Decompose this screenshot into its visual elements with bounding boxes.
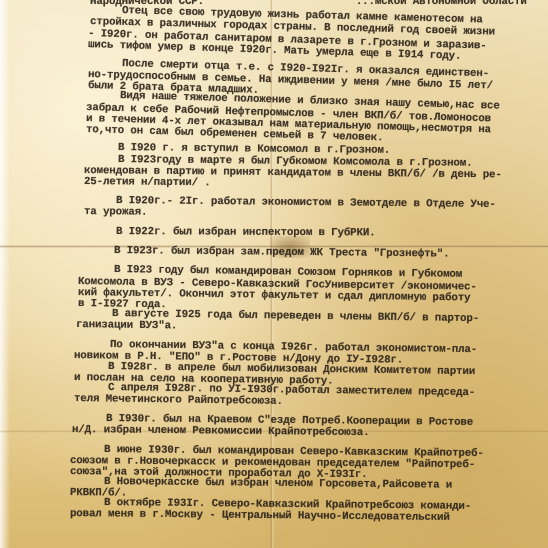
text-line: В I920г.- 2Iг. работал экономистом в Зем…: [116, 196, 496, 211]
text-line: В I923г. был избран зам.предом ЖК Треста…: [114, 246, 450, 260]
text-line: ровал меня в г.Москву - Центральный Науч…: [70, 509, 450, 524]
typewritten-text-body: народнической ССР. ...мской Автономной О…: [0, 0, 548, 548]
text-line: 25-летия н/партии/ .: [84, 177, 211, 189]
text-line: ганизации ВУЗ"а.: [76, 320, 177, 332]
text-line: В Новочеркасске был избран членом Горсов…: [104, 477, 452, 491]
text-line: В I922г. был избран инспектором в ГубРКИ…: [116, 227, 376, 239]
text-line: н/Д. избран членом Ревкомиссии Крайпотре…: [72, 425, 370, 439]
text-line: теля Мечетинского Райпотребсоюза.: [74, 394, 283, 408]
text-line: та урожая.: [84, 207, 147, 218]
